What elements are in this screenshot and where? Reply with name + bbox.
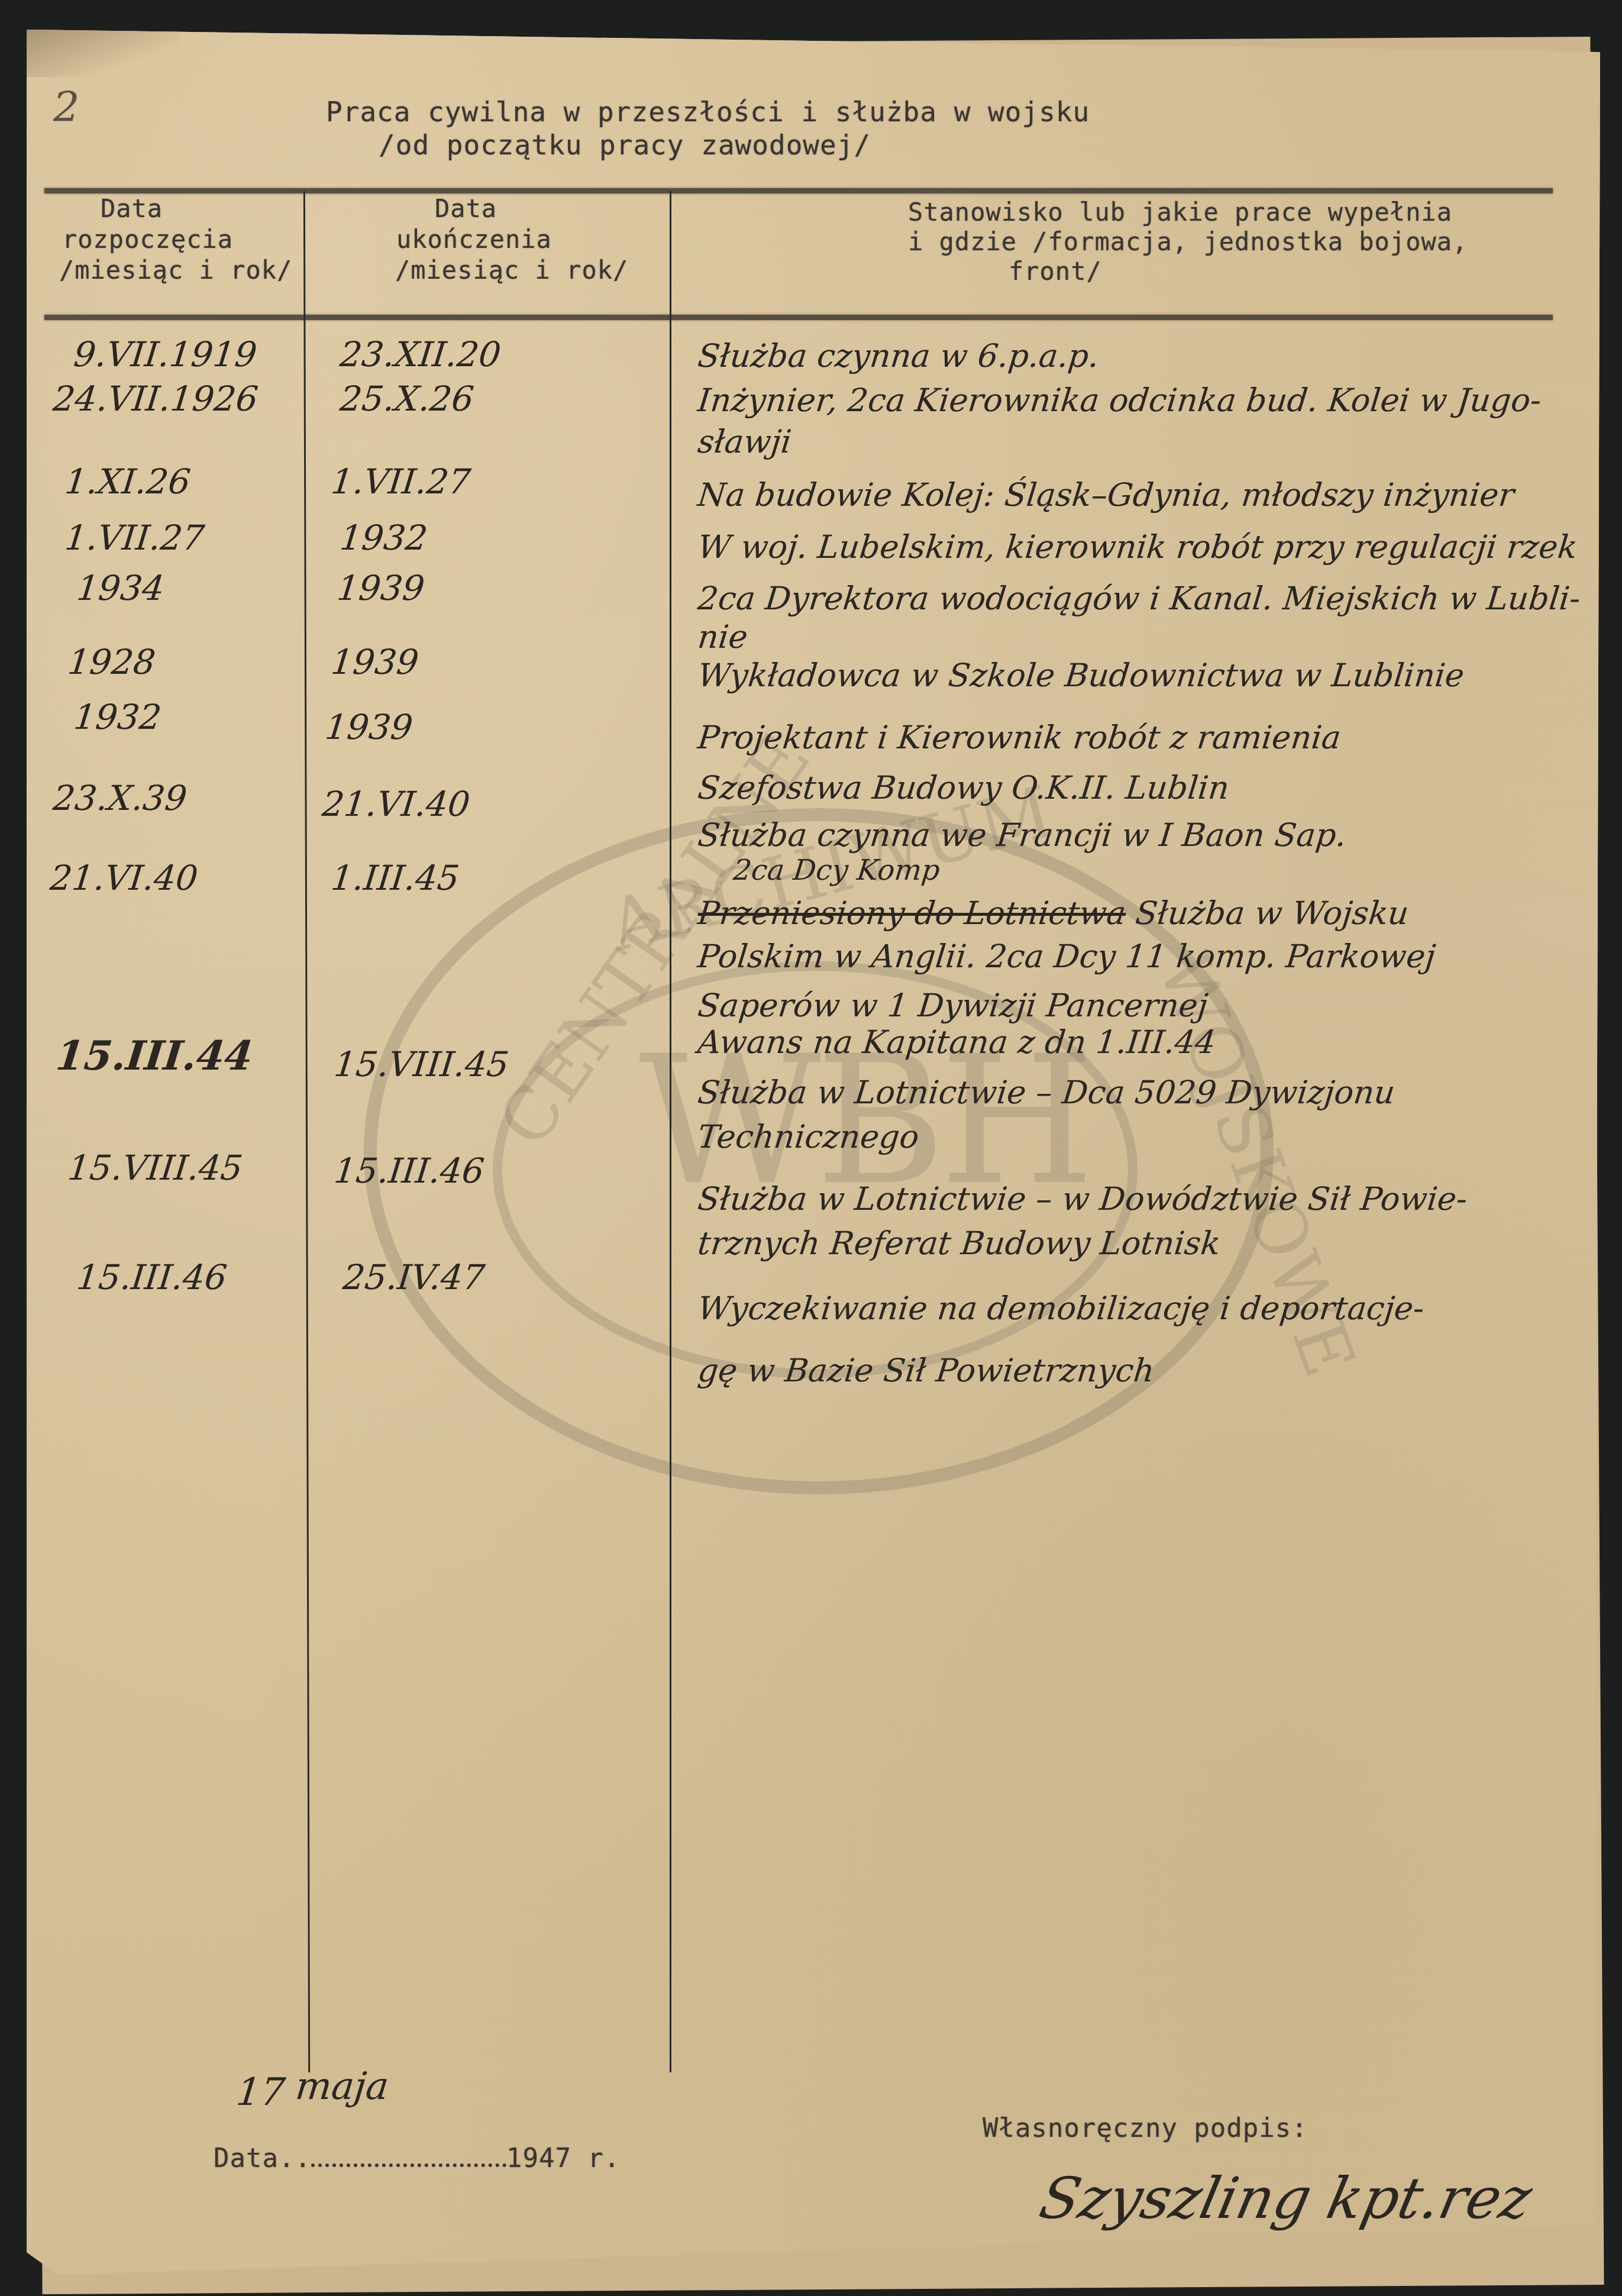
description-line-21: Wyczekiwanie na demobilizację i deportac… (696, 1290, 1426, 1327)
description-line-12: 2ca Dcy Komp (732, 854, 942, 887)
header-start-line2: rozpoczęcia (62, 225, 233, 254)
start-date-5: 1934 (75, 568, 166, 608)
start-date-11: 15.VIII.45 (66, 1148, 244, 1188)
end-date-3: 1.VII.27 (329, 461, 472, 502)
description-line-9: Projektant i Kierownik robót z ramienia (696, 719, 1343, 756)
signature-label: Własnoręczny podpis: (983, 2113, 1308, 2143)
end-date-6: 1939 (329, 642, 421, 682)
header-start-line3: /miesiąc i rok/ (59, 256, 292, 285)
handwritten-signature: Szyszling kpt.rez (1034, 2165, 1537, 2232)
description-line-22: gę w Bazie Sił Powietrznych (696, 1352, 1156, 1389)
end-date-7: 1939 (323, 707, 415, 747)
footer-date-year: 1947 r. (506, 2143, 620, 2174)
description-line-8: Wykładowca w Szkole Budownictwa w Lublin… (696, 657, 1466, 694)
start-date-9: 21.VI.40 (48, 858, 199, 898)
header-start-line1: Data (101, 194, 163, 223)
footer-date-month: maja (293, 2065, 391, 2108)
description-line-10: Szefostwa Budowy O.K.II. Lublin (696, 769, 1231, 806)
description-line-16: Awans na Kapitana z dn 1.III.44 (696, 1023, 1217, 1061)
footer-date-line: Data..1947 r. (181, 2113, 620, 2174)
header-end-line2: ukończenia (396, 225, 552, 254)
description-line-5: W woj. Lubelskim, kierownik robót przy r… (696, 528, 1579, 566)
start-date-8: 23.X.39 (51, 778, 189, 818)
description-line-17: Służba w Lotnictwie – Dca 5029 Dywizjonu (696, 1074, 1397, 1111)
description-line-6: 2ca Dyrektora wodociągów i Kanal. Miejsk… (696, 580, 1582, 617)
header-position-line3: front/ (1009, 257, 1102, 286)
header-end-line1: Data (435, 194, 497, 223)
header-position-line2: i gdzie /formacja, jednostka bojowa, (908, 227, 1468, 256)
start-date-12: 15.III.46 (75, 1257, 228, 1297)
start-date-7: 1932 (72, 697, 163, 737)
document-title: Praca cywilna w przeszłości i służba w w… (326, 96, 1090, 128)
start-date-10: 15.III.44 (54, 1032, 255, 1080)
end-date-4: 1932 (338, 518, 429, 558)
description-line-13: Służba w Wojsku (1134, 894, 1411, 932)
document-subtitle: /od początku pracy zawodowej/ (379, 129, 871, 161)
description-line-7: nie (696, 618, 750, 655)
end-date-5: 1939 (335, 568, 426, 608)
description-line-19: Służba w Lotnictwie – w Dowództwie Sił P… (696, 1180, 1469, 1218)
struck-out-text: Przeniesiony do Lotnictwa (696, 894, 1128, 932)
header-end-line3: /miesiąc i rok/ (395, 256, 628, 285)
description-line-3: sławji (696, 423, 793, 460)
footer-date-dots-left: .. (279, 2143, 311, 2174)
description-line-11: Służba czynna we Francji w I Baon Sap. (696, 816, 1349, 854)
end-date-11: 15.III.46 (332, 1151, 486, 1191)
description-line-14: Polskim w Anglii. 2ca Dcy 11 komp. Parko… (696, 938, 1437, 975)
footer-date-label: Data (214, 2143, 279, 2174)
start-date-6: 1928 (66, 642, 157, 682)
footer-date-fill-dots (311, 2152, 506, 2167)
header-top-rule (44, 188, 1553, 193)
end-date-12: 25.IV.47 (341, 1257, 486, 1297)
description-line-4: Na budowie Kolej: Śląsk–Gdynia, młodszy … (696, 476, 1516, 514)
end-date-9: 1.III.45 (329, 858, 461, 898)
header-bottom-rule (44, 315, 1553, 320)
corner-stain (27, 30, 180, 77)
start-date-2: 24.VII.1926 (51, 379, 260, 419)
description-line-15: Saperów w 1 Dywizji Pancernej (696, 987, 1210, 1024)
start-date-1: 9.VII.1919 (72, 334, 259, 374)
end-date-8: 21.VI.40 (320, 784, 471, 824)
end-date-1: 23.XII.20 (338, 334, 503, 374)
footer-date-day: 17 (234, 2071, 287, 2114)
end-date-2: 25.X.26 (338, 379, 476, 419)
description-line-1: Służba czynna w 6.p.a.p. (696, 337, 1101, 374)
start-date-3: 1.XI.26 (63, 461, 192, 502)
description-line-2: Inżynier, 2ca Kierownika odcinka bud. Ko… (696, 382, 1543, 419)
description-line-20: trznych Referat Budowy Lotnisk (696, 1225, 1222, 1262)
page-number: 2 (53, 83, 80, 131)
end-date-10: 15.VIII.45 (332, 1044, 510, 1084)
start-date-4: 1.VII.27 (63, 518, 206, 558)
column-divider-2 (670, 191, 671, 2072)
header-position-line1: Stanowisko lub jakie prace wypełnia (908, 198, 1452, 227)
description-line-18: Technicznego (696, 1118, 921, 1155)
